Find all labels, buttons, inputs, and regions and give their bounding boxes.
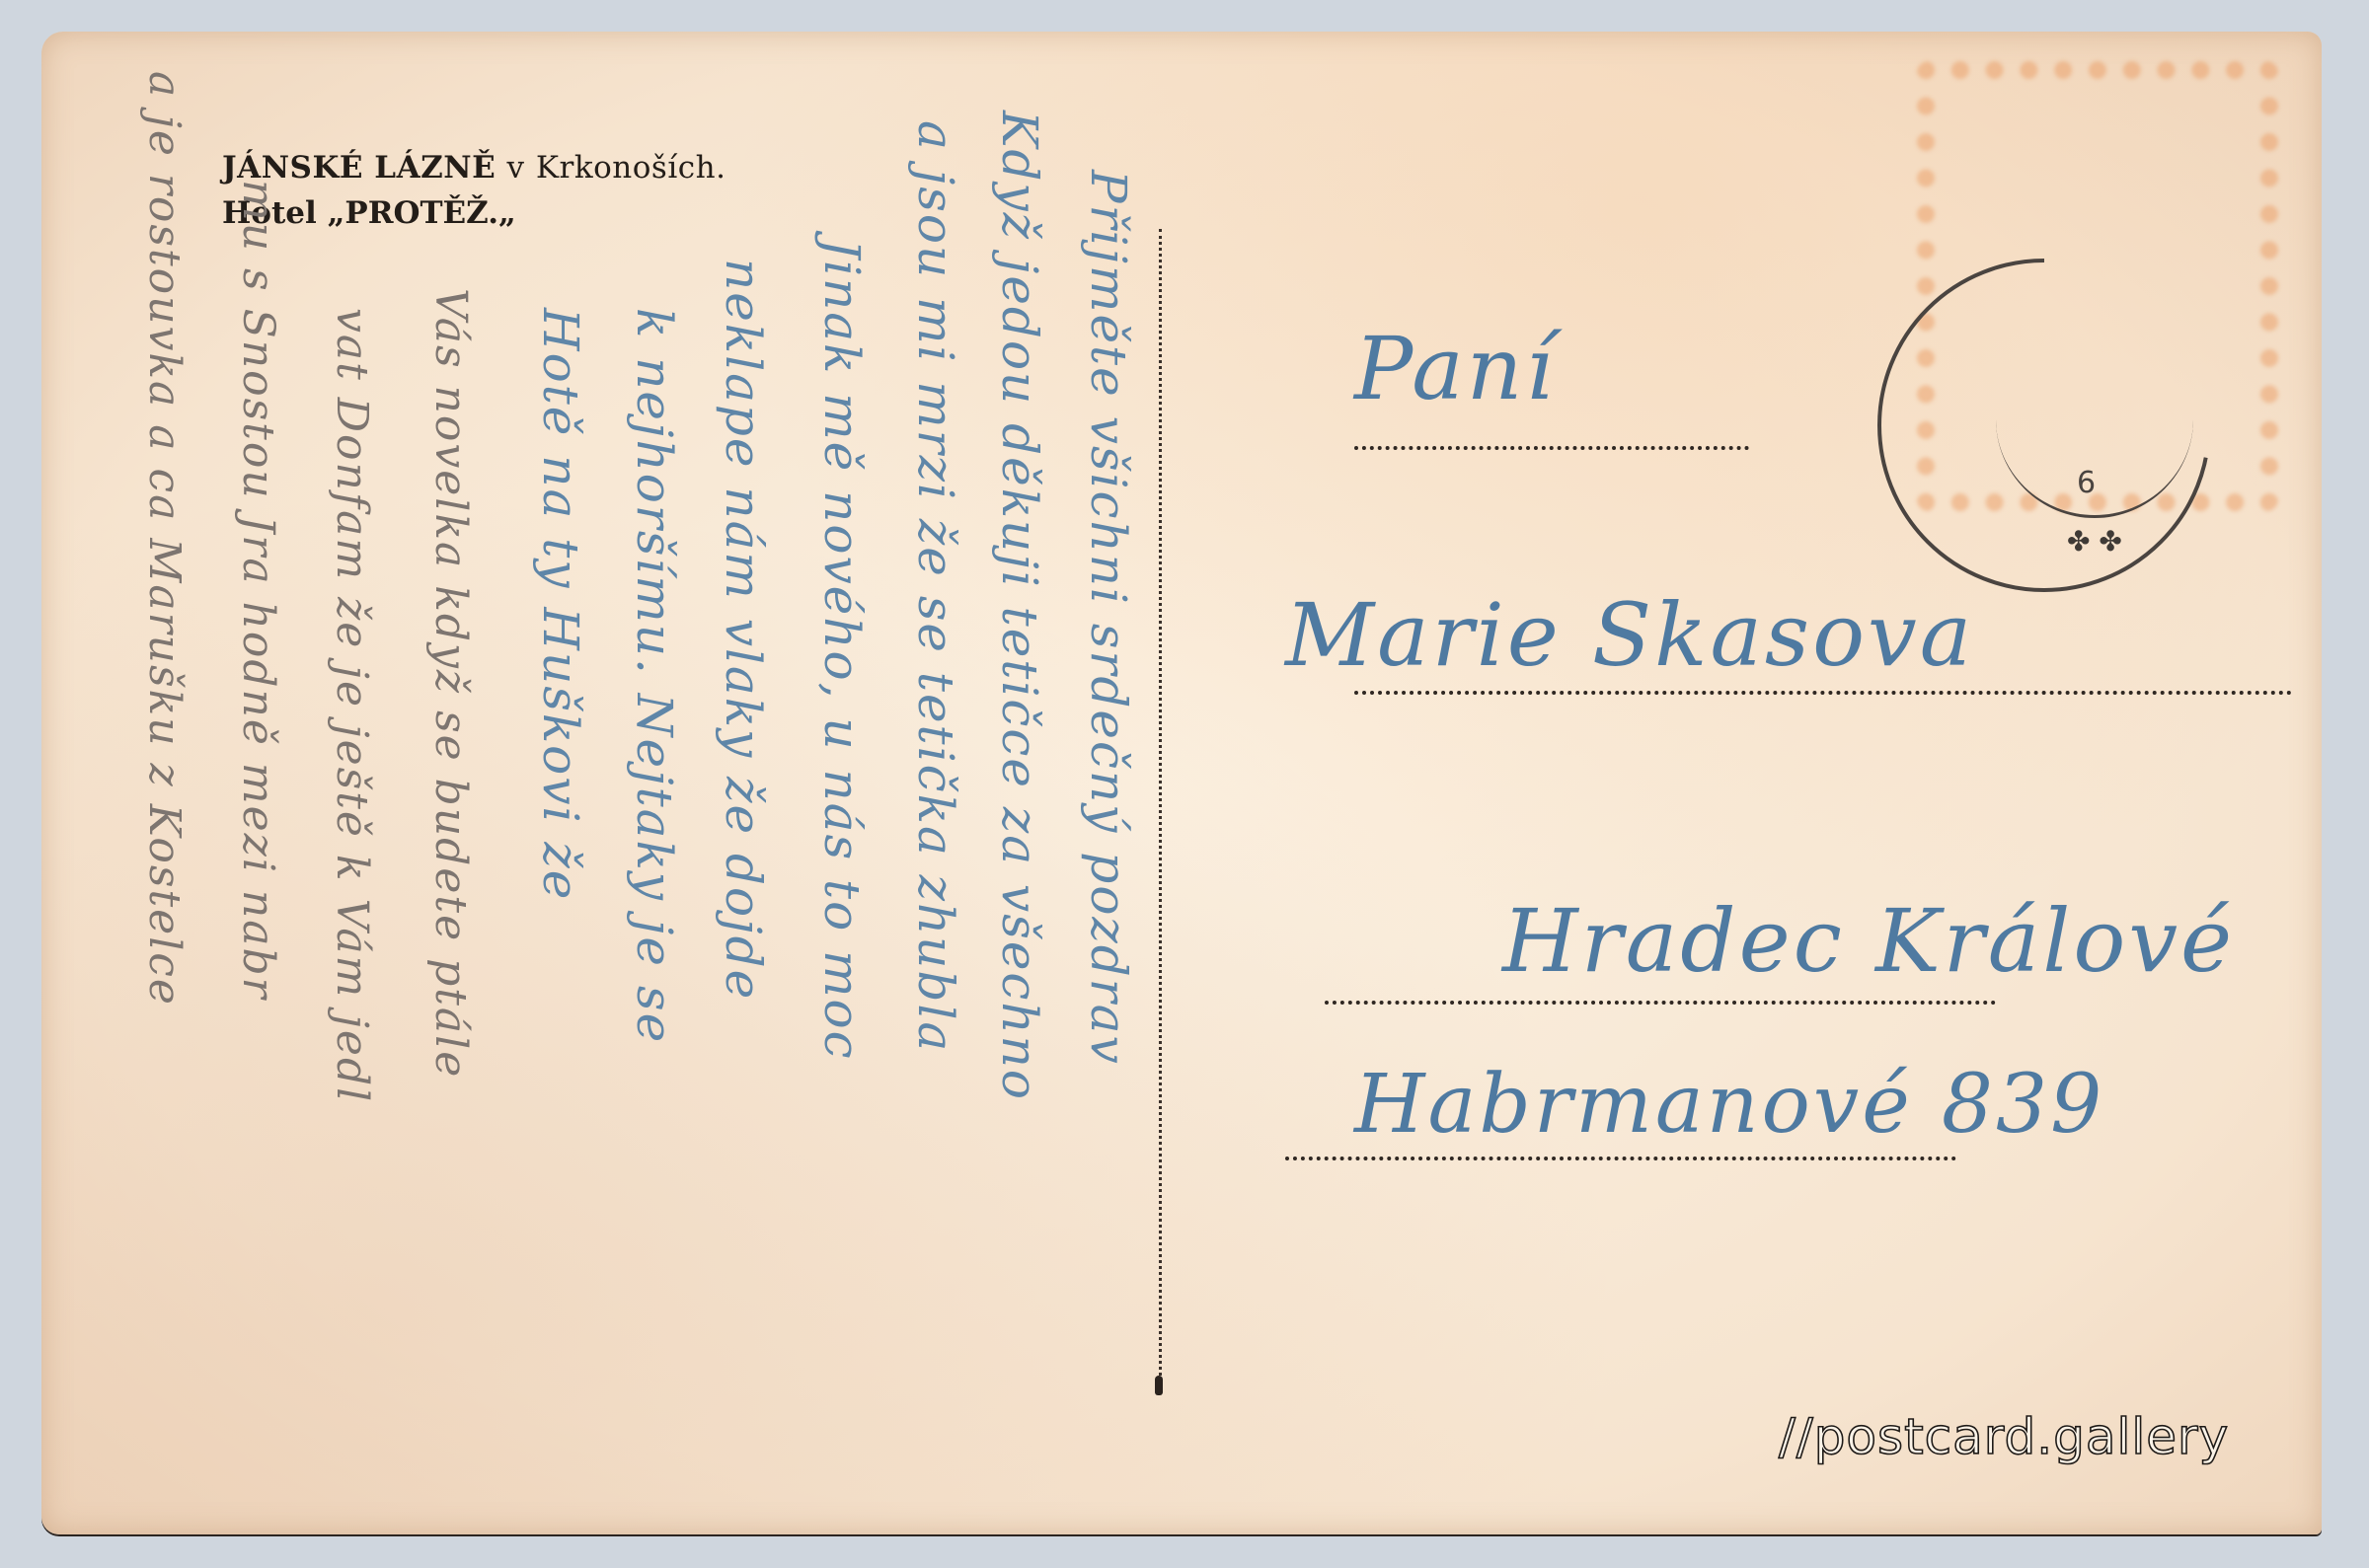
pencil-line: a je rostouvka a ca Marušku z Kostelce <box>139 71 190 1007</box>
watermark: //postcard.gallery <box>1779 1408 2229 1465</box>
vertical-divider <box>1159 229 1162 1388</box>
address-salutation: Paní <box>1354 318 1557 419</box>
address-name: Marie Skasova <box>1285 584 1974 686</box>
message-line: Jinak mě nového, u nás to moc <box>813 239 871 1061</box>
message-line: Přijměte všichni srdečný pozdrav <box>1080 170 1137 1066</box>
pencil-line: mu s Snostou Jra hodně mezi nabr <box>233 180 283 1001</box>
address-rule <box>1325 1001 1996 1005</box>
address-city: Hradec Králové <box>1502 890 2235 992</box>
message-line: a jsou mi mrzi že se tetička zhubla <box>907 120 964 1053</box>
header-hotel: Hotel „PROTĚŽ.„ <box>222 195 726 231</box>
message-line: Hotě na ty Huškovi že <box>532 308 589 901</box>
pencil-line: vat Donfam že je ještě k Vám jedl <box>327 308 377 1103</box>
postcard-back: JÁNSKÉ LÁZNĚ v Krkonoších. Hotel „PROTĚŽ… <box>41 32 2322 1534</box>
address-street: Habrmanové 839 <box>1354 1058 2104 1152</box>
pencil-line: Vás novelka když se budete ptále <box>425 288 476 1079</box>
divider-end <box>1155 1376 1163 1395</box>
header-connector: v <box>507 150 525 186</box>
address-rule <box>1354 446 1749 450</box>
postmark-number: 6 <box>2077 466 2096 500</box>
address-rule <box>1285 1157 1956 1160</box>
printed-header: JÁNSKÉ LÁZNĚ v Krkonoších. Hotel „PROTĚŽ… <box>222 150 726 231</box>
message-line: neklape nám vlaky že dojde <box>715 259 772 1001</box>
message-line: Když jedou děkuji tetičce za všechno <box>991 111 1048 1101</box>
message-line: k nejhoršímu. Nejtaky je se <box>626 308 683 1044</box>
address-rule <box>1354 691 2292 695</box>
postmark-ornament: ✤ ✤ <box>2067 525 2122 558</box>
header-region: Krkonoších. <box>536 150 726 186</box>
